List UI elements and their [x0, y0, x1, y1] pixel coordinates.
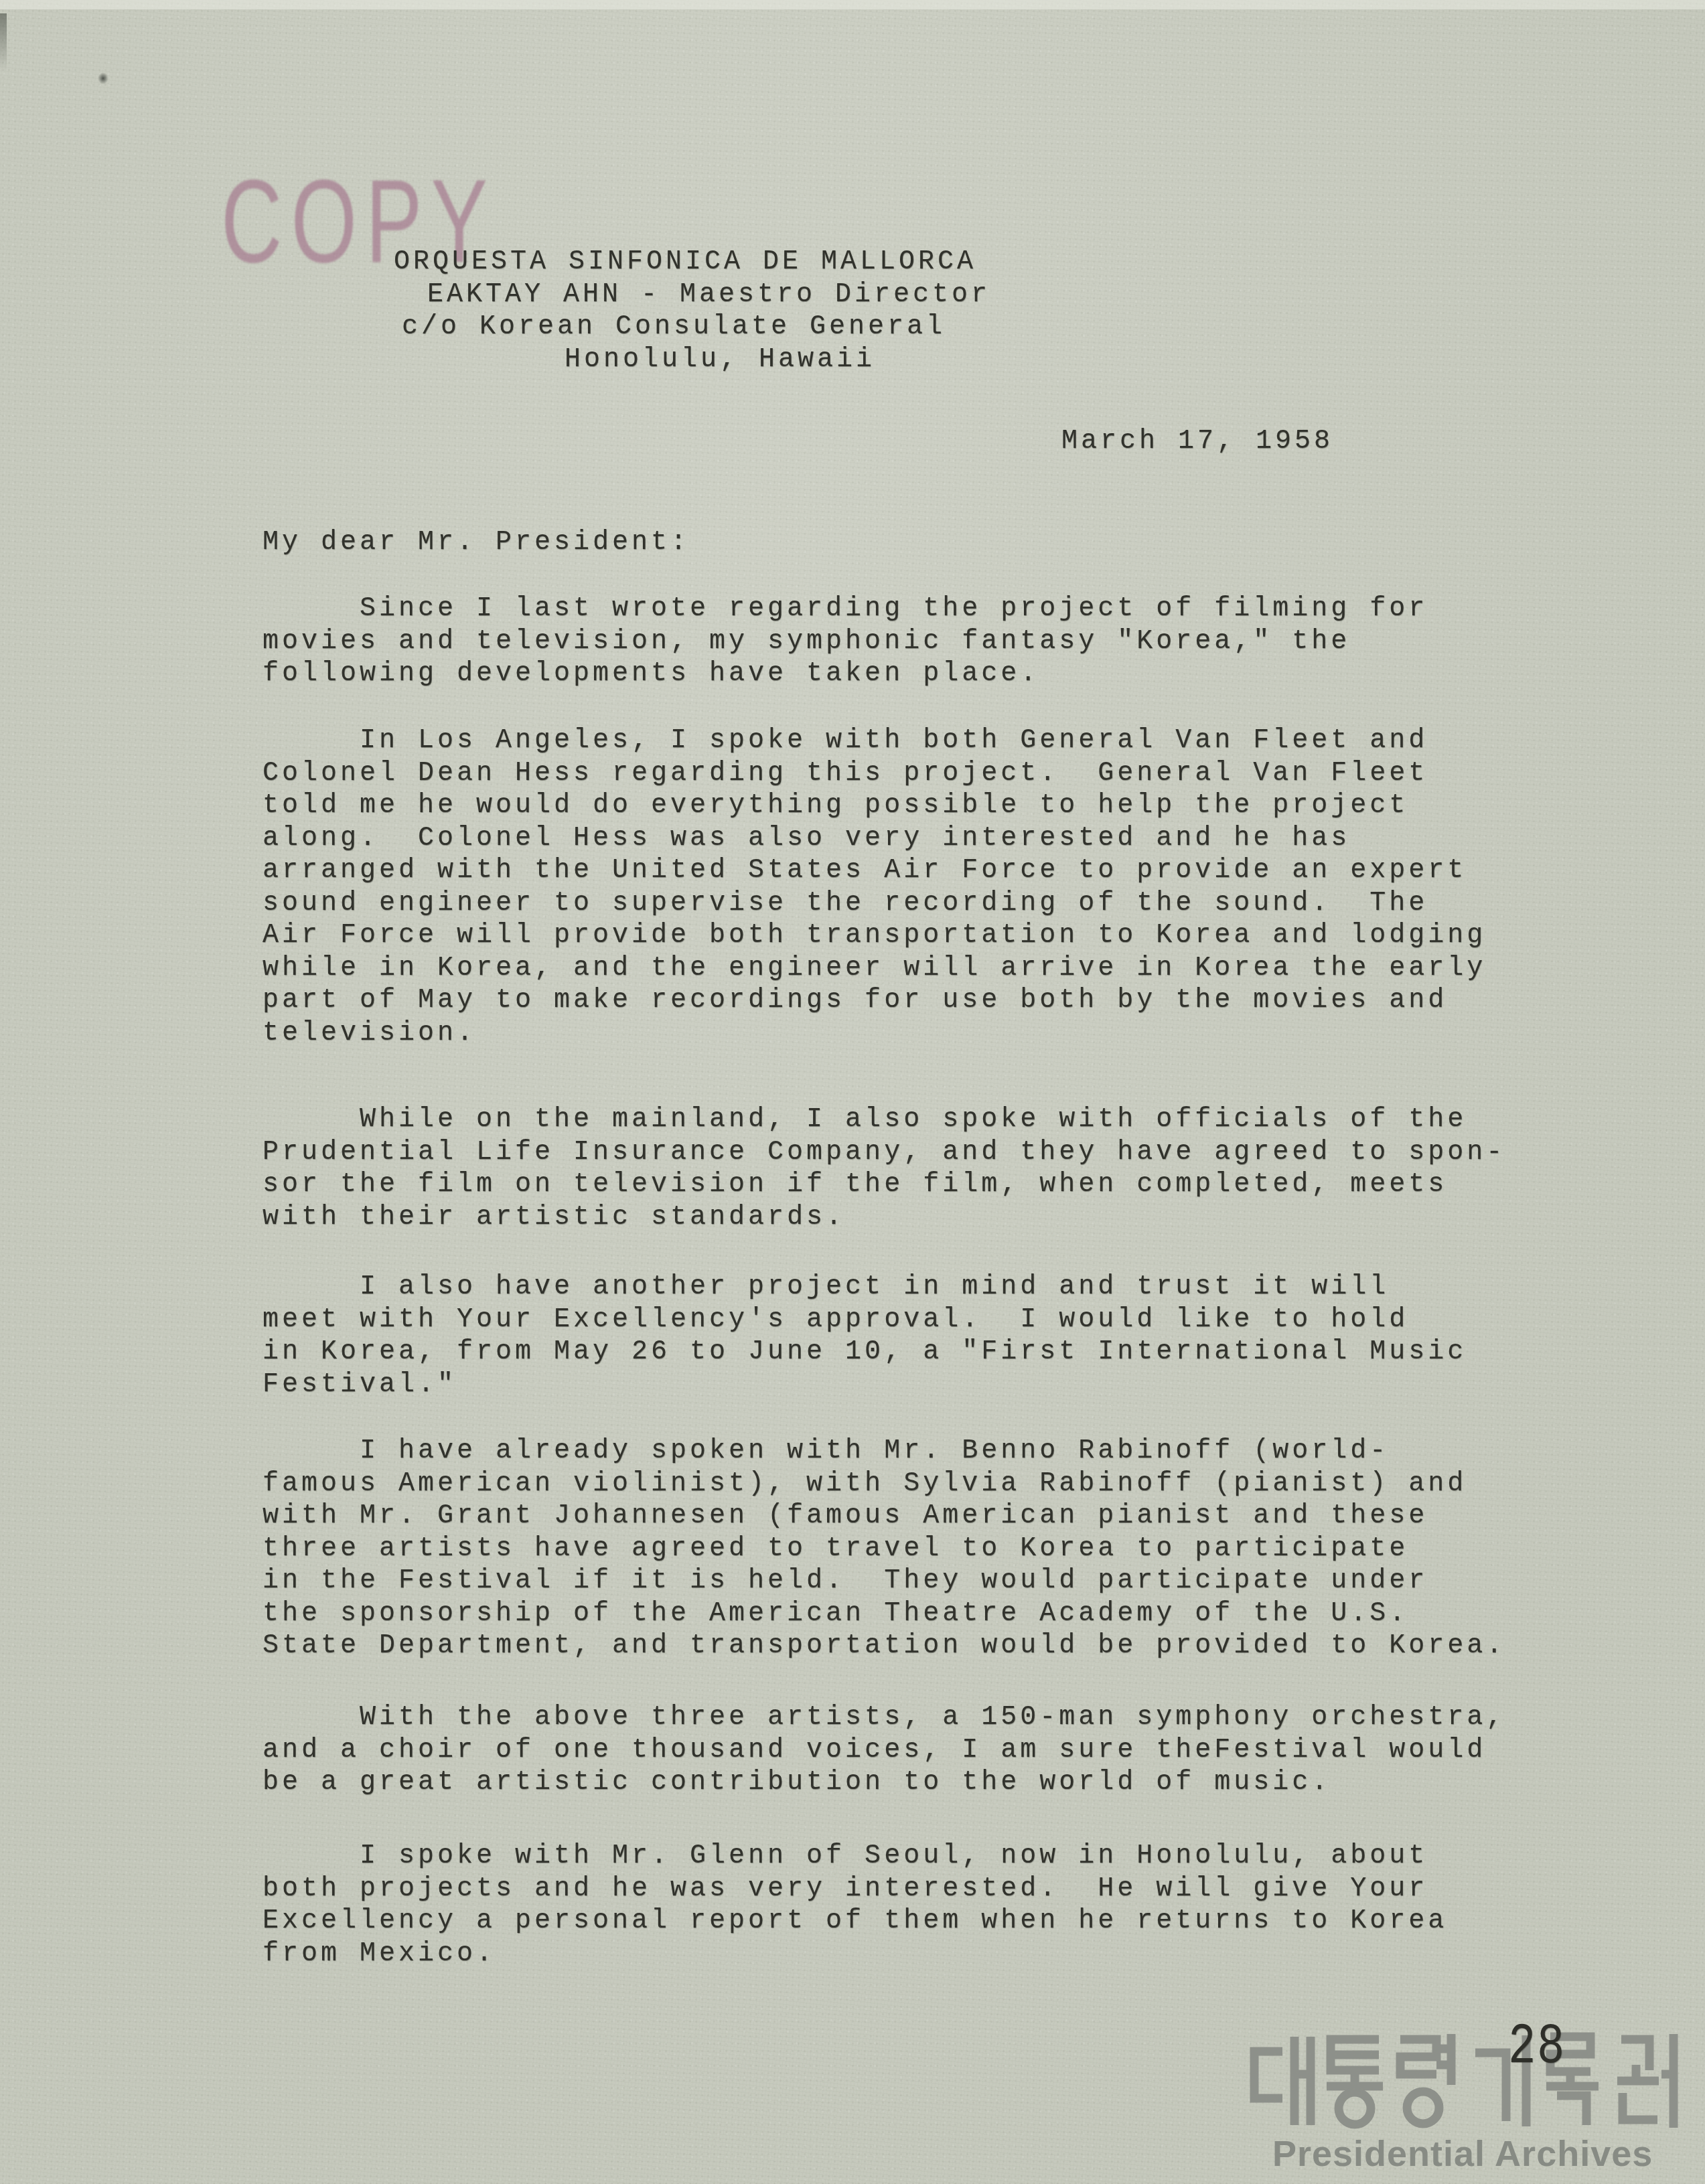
- scanned-letter-page: COPY ORQUESTA SINFONICA DE MALLORCA EAKT…: [0, 0, 1705, 2184]
- paper-speck: [98, 72, 108, 84]
- paper-edge-smudge: [0, 13, 7, 71]
- letter-paragraph-artists: I have already spoken with Mr. Benno Rab…: [263, 1435, 1505, 1663]
- letter-paragraph-los-angeles: In Los Angeles, I spoke with both Genera…: [263, 725, 1486, 1050]
- korean-watermark-text: 대통령기록관: [1248, 2031, 1690, 2133]
- letterhead-care-of: c/o Korean Consulate General: [402, 312, 946, 342]
- letterhead-director: EAKTAY AHN - Maestro Director: [427, 280, 990, 310]
- page-number: 28: [1508, 2014, 1566, 2080]
- letter-paragraph-filming-project: Since I last wrote regarding the project…: [263, 593, 1428, 691]
- letterhead-organization: ORQUESTA SINFONICA DE MALLORCA: [394, 247, 976, 277]
- letter-salutation: My dear Mr. President:: [263, 528, 690, 558]
- scan-top-edge: [0, 0, 1705, 9]
- letter-paragraph-music-festival: I also have another project in mind and …: [263, 1271, 1467, 1401]
- letter-date: March 17, 1958: [1061, 426, 1333, 457]
- letter-paragraph-prudential: While on the mainland, I also spoke with…: [263, 1104, 1505, 1234]
- letter-paragraph-mr-glenn: I spoke with Mr. Glenn of Seoul, now in …: [263, 1841, 1447, 1970]
- letterhead-city: Honolulu, Hawaii: [565, 345, 875, 375]
- letter-paragraph-orchestra-choir: With the above three artists, a 150-man …: [263, 1702, 1505, 1800]
- english-watermark-text: Presidential Archives: [1272, 2133, 1653, 2175]
